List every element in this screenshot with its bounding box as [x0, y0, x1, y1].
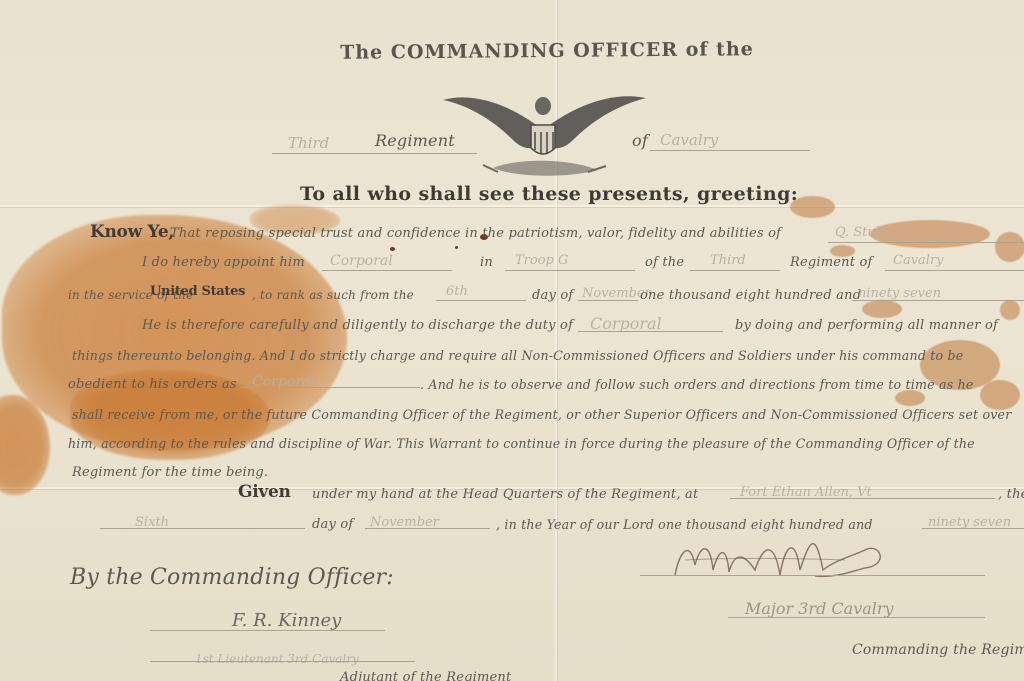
- by-commanding-officer-label: By the Commanding Officer:: [70, 565, 394, 590]
- regiment-of-text: Regiment of: [790, 255, 873, 270]
- day-of-text: day of: [532, 288, 573, 303]
- fill-rule: [365, 528, 490, 529]
- year-field: ninety seven: [858, 286, 941, 301]
- fill-rule: [322, 270, 452, 271]
- recipient-name-field: Q. Stuh...: [835, 225, 897, 240]
- in-text: in: [480, 255, 493, 270]
- fill-rule: [730, 498, 995, 499]
- warrant-document: The COMMANDING OFFICER of the Third Regi…: [0, 0, 1024, 681]
- ink-dot: [390, 247, 395, 251]
- fill-rule: [885, 270, 1024, 271]
- stain-spot: [895, 390, 925, 406]
- greeting-heading: To all who shall see these presents, gre…: [300, 183, 798, 205]
- adjutant-rank: 1st Lieutenant 3rd Cavalry: [195, 652, 359, 666]
- branch-field: Cavalry: [893, 253, 944, 268]
- fill-rule: [690, 270, 780, 271]
- fill-rule: [240, 387, 420, 388]
- rank-field: Corporal: [330, 253, 393, 269]
- document-title: The COMMANDING OFFICER of the: [322, 38, 772, 64]
- signature-rule: [640, 575, 985, 576]
- observe-text: . And he is to observe and follow such o…: [420, 377, 974, 392]
- rank-from-text: , to rank as such from the: [252, 288, 414, 302]
- fill-rule: [100, 528, 305, 529]
- body-line-7: shall receive from me, or the future Com…: [72, 407, 1011, 422]
- stain-spot: [980, 380, 1020, 410]
- commander-rank: Major 3rd Cavalry: [745, 599, 894, 618]
- regiment-number-field: Third: [288, 134, 329, 152]
- regiment-field: Third: [710, 253, 746, 268]
- stain-spot: [995, 232, 1024, 262]
- fill-rule: [650, 150, 810, 151]
- performing-text: by doing and performing all manner of: [735, 318, 998, 333]
- ink-dot: [455, 246, 458, 249]
- fill-rule: [828, 242, 1024, 243]
- commander-signature-icon: [665, 520, 905, 590]
- body-line-4: He is therefore carefully and diligently…: [142, 318, 573, 333]
- fill-rule: [272, 153, 477, 154]
- know-ye-lead: Know Ye,: [90, 222, 174, 242]
- regiment-branch-field: Cavalry: [660, 131, 718, 149]
- fill-rule: [578, 300, 638, 301]
- stain-spot: [1000, 300, 1020, 320]
- given-text: under my hand at the Head Quarters of th…: [312, 487, 698, 502]
- eagle-emblem-icon: [438, 80, 648, 185]
- fold-line: [0, 205, 1024, 207]
- commander-title: Commanding the Regiment: [852, 642, 1024, 658]
- obedient-text: obedient to his orders as: [68, 377, 237, 392]
- adjutant-title: Adjutant of the Regiment: [340, 670, 511, 681]
- stain-spot: [862, 300, 902, 318]
- fill-rule: [578, 331, 723, 332]
- the-text: , the: [998, 487, 1024, 502]
- united-states-label: United States: [150, 284, 245, 299]
- given-day-of-text: day of: [312, 517, 353, 532]
- of-the-text: of the: [645, 255, 684, 270]
- fill-rule: [922, 528, 1024, 529]
- signature-rule: [150, 661, 415, 662]
- appoint-text: I do hereby appoint him: [142, 255, 305, 270]
- day-field: 6th: [446, 284, 468, 299]
- body-line-1: That reposing special trust and confiden…: [170, 226, 781, 241]
- fill-rule: [436, 300, 526, 301]
- fill-rule: [852, 300, 1024, 301]
- signature-rule: [728, 617, 985, 618]
- body-line-8: him, according to the rules and discipli…: [68, 436, 975, 451]
- year-text: one thousand eight hundred and: [640, 288, 861, 303]
- regiment-label: Regiment: [375, 131, 455, 150]
- troop-field: Troop G: [515, 253, 568, 268]
- body-line-5: things thereunto belonging. And I do str…: [72, 348, 963, 363]
- given-lead: Given: [238, 482, 291, 502]
- of-label: of: [632, 131, 648, 150]
- fill-rule: [505, 270, 635, 271]
- body-line-9: Regiment for the time being.: [72, 465, 268, 480]
- signature-rule: [150, 630, 385, 631]
- adjutant-signature: F. R. Kinney: [232, 610, 341, 631]
